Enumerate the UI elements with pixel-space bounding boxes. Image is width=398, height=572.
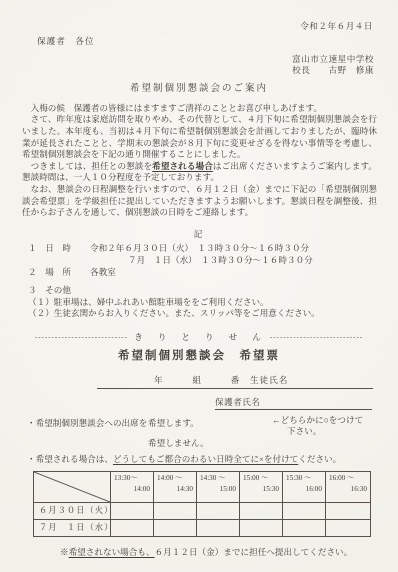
option-attend-yes: 希望します。 bbox=[148, 418, 199, 430]
school-name: 富山市立速星中学校 bbox=[0, 54, 374, 65]
circle-instruction-line1: ←どちらかに○をつけて bbox=[272, 415, 363, 427]
option-attend-no: 希望しません。 bbox=[148, 438, 209, 450]
item-datetime-cont: ７月 １日（水） １３時３０分～１６時３０分 bbox=[28, 255, 398, 267]
slot-cell bbox=[197, 502, 240, 519]
mark-instruction-after: ください。 bbox=[298, 454, 341, 464]
item-datetime-line1: 令和２年６月３０日（火） １３時３０分～１６時３０分 bbox=[90, 243, 309, 255]
slot-start: 15:30 ～ bbox=[286, 474, 322, 483]
footnote-mark: ※ bbox=[60, 547, 69, 557]
body-paragraph-greeting: 入梅の候 保護者の皆様にはますますご清祥のこととお喜び申しあげます。 bbox=[22, 103, 377, 115]
document-page: 令和２年６月４日 保護者 各位 富山市立速星中学校 校長 古野 修康 希望制個別… bbox=[0, 0, 398, 572]
time-slot-header: 15:30 ～16:00 bbox=[283, 471, 326, 502]
slot-cell bbox=[326, 502, 371, 519]
date-cell: ７月 １日（水） bbox=[34, 519, 111, 536]
cut-line-label: き り と り せ ん bbox=[134, 332, 264, 344]
slot-end: 15:30 bbox=[243, 485, 279, 494]
slot-end: 14:30 bbox=[157, 485, 193, 494]
invitation-text-before: つきましては、担任との懇談を bbox=[22, 161, 152, 171]
slot-cell bbox=[197, 519, 240, 536]
slot-cell bbox=[154, 519, 197, 536]
slot-start: 15:00 ～ bbox=[243, 474, 279, 483]
slot-end: 15:00 bbox=[200, 485, 236, 494]
item-location-value: 各教室 bbox=[90, 267, 116, 279]
spacer bbox=[28, 255, 90, 267]
item-other-note-entrance: （２）生徒玄関からお入りください。また、スリッパ等をご用意ください。 bbox=[28, 308, 398, 320]
date-cell: ６月３０日（火） bbox=[34, 502, 111, 519]
cut-line: ---------------------------- き り と り せ ん… bbox=[0, 332, 398, 344]
item-datetime-label: １ 日 時 bbox=[28, 243, 90, 255]
mark-instruction-emphasis: どうしてもご都合のわるい日時全てに×を付けて bbox=[113, 454, 298, 464]
table-row-july1: ７月 １日（水） bbox=[34, 519, 371, 536]
item-location-label: ２ 場 所 bbox=[28, 267, 90, 279]
student-name-field: 年 組 番 生徒氏名 bbox=[97, 375, 373, 389]
table-header-row: 13:30～14:00 14:00 ～14:30 14:30 ～15:00 15… bbox=[34, 471, 371, 502]
mark-instruction-before: ・希望される場合は、 bbox=[27, 454, 113, 464]
guardian-label: 保護者氏名 bbox=[215, 397, 260, 407]
time-slot-header: 15:00 ～15:30 bbox=[240, 471, 283, 502]
diagonal-line bbox=[34, 472, 110, 502]
circle-instruction-line2: 下さい。 bbox=[287, 426, 321, 438]
time-slot-header: 13:30～14:00 bbox=[111, 471, 154, 502]
slot-end: 14:00 bbox=[114, 485, 150, 494]
record-items: １ 日 時 令和２年６月３０日（火） １３時３０分～１６時３０分 ７月 １日（水… bbox=[28, 243, 398, 320]
record-heading: 記 bbox=[0, 229, 398, 241]
mark-instruction: ・希望される場合は、どうしてもご都合のわるい日時全てに×を付けてください。 bbox=[27, 454, 398, 466]
slot-cell bbox=[240, 502, 283, 519]
body-paragraph-invitation: つきましては、担任との懇談を希望される場合はご出席くださいますようご案内します。… bbox=[22, 161, 377, 184]
letter-body: 入梅の候 保護者の皆様にはますますご清祥のこととお喜び申しあげます。 さて、昨年… bbox=[22, 103, 377, 219]
body-paragraph-deadline: なお、懇談会の日程調整を行いますので、６月１２日（金）までに下記の「希望制個別懇… bbox=[22, 184, 377, 219]
slot-end: 16:30 bbox=[329, 485, 367, 494]
attendance-prompt: ・希望制個別懇談会への出席を bbox=[27, 418, 147, 430]
slot-cell bbox=[111, 502, 154, 519]
footnote-rest: ６月１２日（金）までに担任へ提出してください。 bbox=[155, 547, 353, 557]
slot-cell bbox=[283, 502, 326, 519]
slot-start: 16:00 ～ bbox=[329, 474, 367, 483]
guardian-name-field: 保護者氏名 bbox=[215, 397, 372, 411]
table-row-june30: ６月３０日（火） bbox=[34, 502, 371, 519]
slot-cell bbox=[326, 519, 371, 536]
availability-table: 13:30～14:00 14:00 ～14:30 14:30 ～15:00 15… bbox=[33, 471, 371, 537]
slot-cell bbox=[111, 519, 154, 536]
time-slot-header: 14:30 ～15:00 bbox=[197, 471, 240, 502]
form-title: 希望制個別懇談会 希望票 bbox=[0, 351, 398, 363]
item-datetime: １ 日 時 令和２年６月３０日（火） １３時３０分～１６時３０分 bbox=[28, 243, 398, 255]
item-other: ３ その他 bbox=[28, 285, 398, 297]
slot-cell bbox=[283, 519, 326, 536]
item-other-label: ３ その他 bbox=[28, 285, 71, 297]
slot-start: 14:00 ～ bbox=[157, 474, 193, 483]
diagonal-header-cell bbox=[34, 471, 111, 502]
entrance-note: （２）生徒玄関からお入りください。また、スリッパ等をご用意ください。 bbox=[28, 308, 320, 320]
document-title: 希望制個別懇談会のご案内 bbox=[0, 84, 398, 96]
slot-end: 16:00 bbox=[286, 485, 322, 494]
submission-footnote: ※希望されない場合も、６月１２日（金）までに担任へ提出してください。 bbox=[60, 547, 398, 559]
attendance-choice-block: ・希望制個別懇談会への出席を 希望します。 ←どちらかに○をつけて 下さい。 希… bbox=[0, 418, 398, 454]
slot-cell bbox=[240, 519, 283, 536]
item-location: ２ 場 所 各教室 bbox=[28, 267, 398, 279]
issue-date: 令和２年６月４日 bbox=[0, 21, 398, 33]
principal-name: 校長 古野 修康 bbox=[0, 65, 374, 76]
slot-start: 13:30～ bbox=[114, 474, 150, 483]
slot-start: 14:30 ～ bbox=[200, 474, 236, 483]
emphasis-if-desired: 希望される場合 bbox=[152, 161, 213, 171]
student-line-labels: 年 組 番 生徒氏名 bbox=[154, 375, 288, 385]
slot-cell bbox=[154, 502, 197, 519]
time-slot-header: 16:00 ～16:30 bbox=[326, 471, 371, 502]
footnote-emphasis: 希望されない場合も、 bbox=[69, 547, 155, 557]
cut-line-dashes-right: ---------------------------- bbox=[270, 332, 363, 344]
item-datetime-line2: ７月 １日（水） １３時３０分～１６時３０分 bbox=[90, 255, 313, 267]
body-paragraph-background: さて、昨年度は家庭訪問を取りやめ、その代替として、４月下旬に希望制個別懇談会を行… bbox=[22, 114, 377, 160]
time-slot-header: 14:00 ～14:30 bbox=[154, 471, 197, 502]
sender-block: 富山市立速星中学校 校長 古野 修康 bbox=[0, 54, 398, 76]
item-other-note-parking: （１）駐車場は、婦中ふれあい館駐車場ををご利用ください。 bbox=[28, 297, 398, 309]
addressee: 保護者 各位 bbox=[37, 36, 398, 48]
cut-line-dashes-left: ---------------------------- bbox=[35, 332, 128, 344]
parking-note: （１）駐車場は、婦中ふれあい館駐車場ををご利用ください。 bbox=[28, 297, 269, 309]
